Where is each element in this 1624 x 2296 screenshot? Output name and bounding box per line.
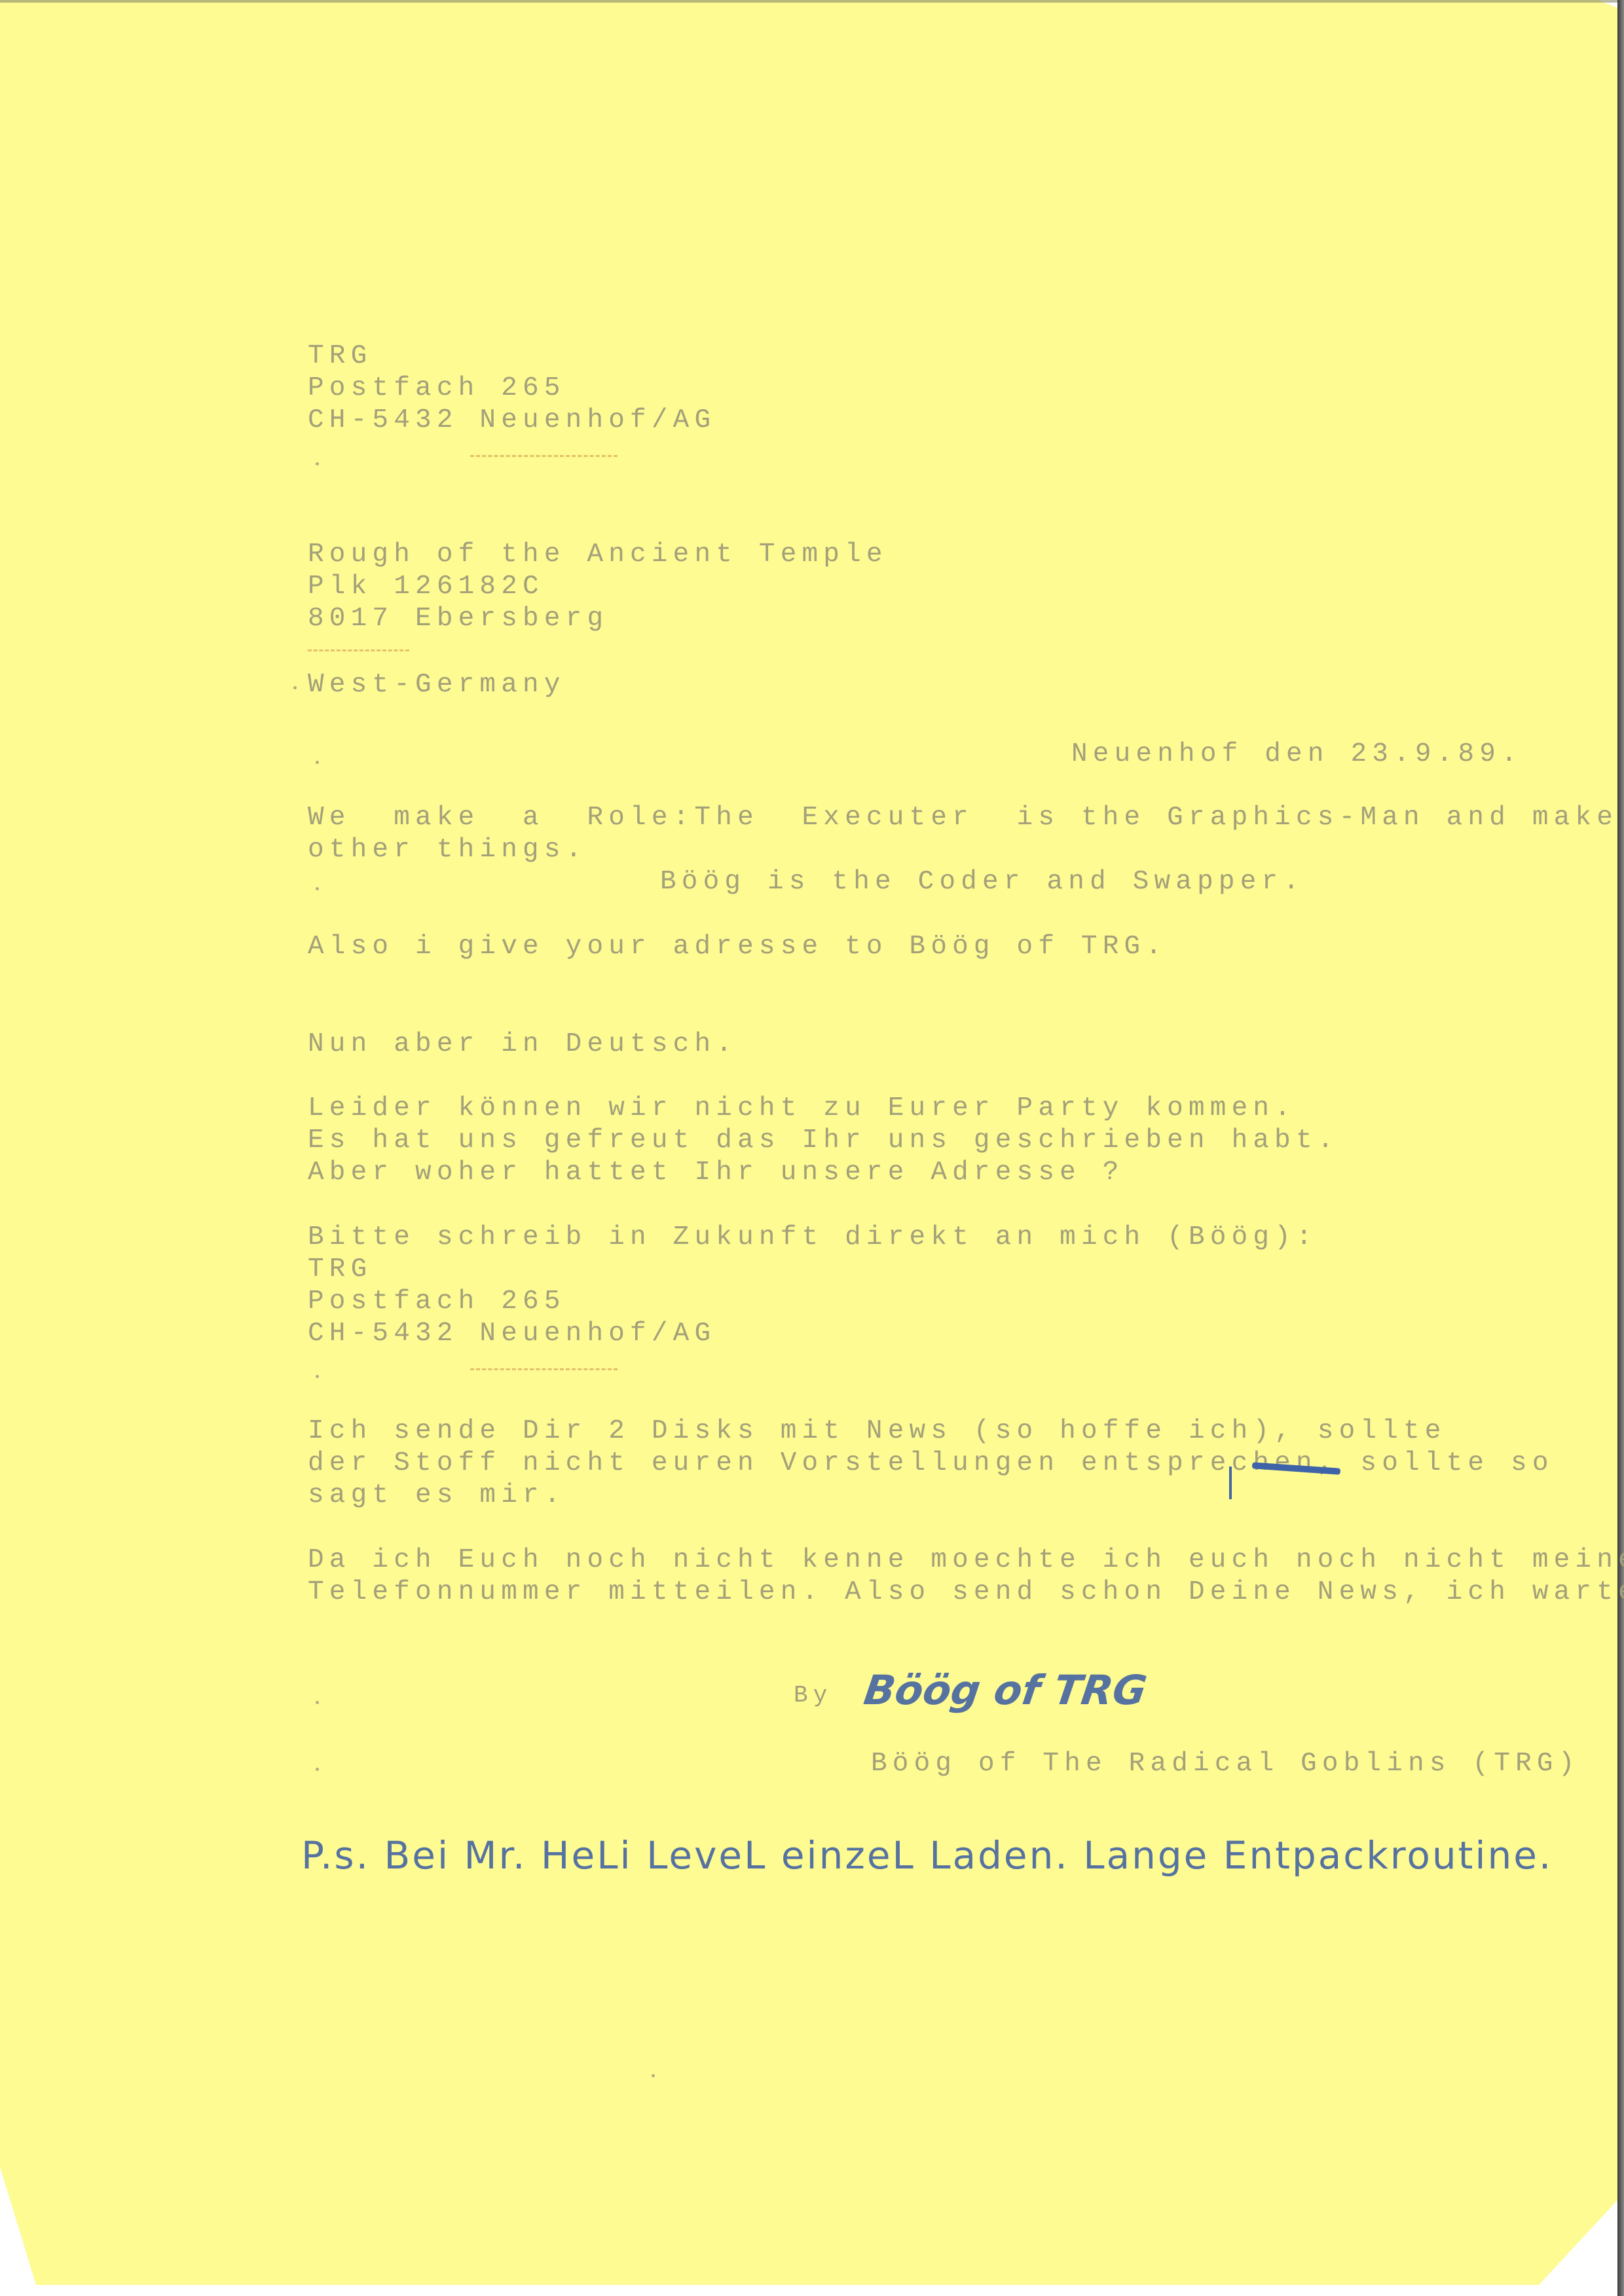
- paragraph-line: Böög is the Coder and Swapper.: [660, 866, 1304, 898]
- sender-address-line-3: CH-5432 Neuenhof/AG: [308, 405, 716, 437]
- handwritten-postscript: P.s. Bei Mr. HeLi LeveL einzeL Laden. La…: [301, 1833, 1553, 1878]
- margin-dot: [316, 887, 319, 890]
- dashed-rule: [308, 649, 409, 653]
- dashed-rule: [470, 1368, 618, 1372]
- recipient-line-3: 8017 Ebersberg: [308, 603, 608, 635]
- dashed-rule: [470, 455, 618, 459]
- place-date: Neuenhof den 23.9.89.: [1071, 738, 1522, 771]
- paragraph-line: der Stoff nicht euren Vorstellungen ents…: [308, 1448, 1554, 1480]
- struck-word: sollte: [1360, 1448, 1489, 1478]
- paper-speck: [652, 2074, 655, 2077]
- german-intro: Nun aber in Deutsch.: [308, 1029, 737, 1061]
- recipient-line-2: Plk 126182C: [308, 571, 544, 603]
- paragraph-line: Leider können wir nicht zu Eurer Party k…: [308, 1093, 1296, 1125]
- text-segment: der Stoff nicht euren Vorstellungen ents…: [308, 1448, 1360, 1478]
- paragraph-line: other things.: [308, 834, 587, 866]
- handwritten-signature: Böög of TRG: [861, 1666, 1150, 1714]
- margin-dot: [293, 686, 297, 689]
- paragraph-line: Aber woher hattet Ihr unsere Adresse ?: [308, 1157, 1124, 1189]
- text-segment: so: [1489, 1448, 1553, 1478]
- address-note: Also i give your adresse to Böög of TRG.: [308, 931, 1167, 963]
- margin-dot: [316, 1701, 319, 1704]
- contact-request: Bitte schreib in Zukunft direkt an mich …: [308, 1222, 1318, 1254]
- contact-address-line-2: Postfach 265: [308, 1286, 566, 1318]
- margin-dot: [316, 761, 319, 764]
- typed-signature: Böög of The Radical Goblins (TRG): [871, 1748, 1580, 1780]
- paragraph-line: Da ich Euch noch nicht kenne moechte ich…: [308, 1544, 1624, 1576]
- sender-address-line-2: Postfach 265: [308, 373, 566, 405]
- paragraph-line: Ich sende Dir 2 Disks mit News (so hoffe…: [308, 1415, 1447, 1448]
- scan-right-edge: [1617, 0, 1624, 2296]
- paragraph-line: We make a Role:The Executer is the Graph…: [308, 802, 1624, 834]
- recipient-name: Rough of the Ancient Temple: [308, 539, 888, 571]
- closing-by: By: [794, 1679, 833, 1711]
- margin-dot: [316, 1375, 319, 1378]
- margin-dot: [316, 1768, 319, 1771]
- sender-address-line-1: TRG: [308, 340, 372, 373]
- scan-top-edge: [0, 0, 1624, 3]
- margin-dot: [316, 462, 319, 465]
- paragraph-line: sagt es mir.: [308, 1480, 566, 1512]
- paragraph-line: Es hat uns gefreut das Ihr uns geschrieb…: [308, 1125, 1339, 1157]
- pen-comma-mark: [1229, 1467, 1232, 1499]
- paragraph-line: Telefonnummer mitteilen. Also send schon…: [308, 1576, 1624, 1609]
- recipient-country: West-Germany: [308, 669, 566, 701]
- contact-address-line-3: CH-5432 Neuenhof/AG: [308, 1318, 716, 1350]
- contact-address-line-1: TRG: [308, 1254, 372, 1286]
